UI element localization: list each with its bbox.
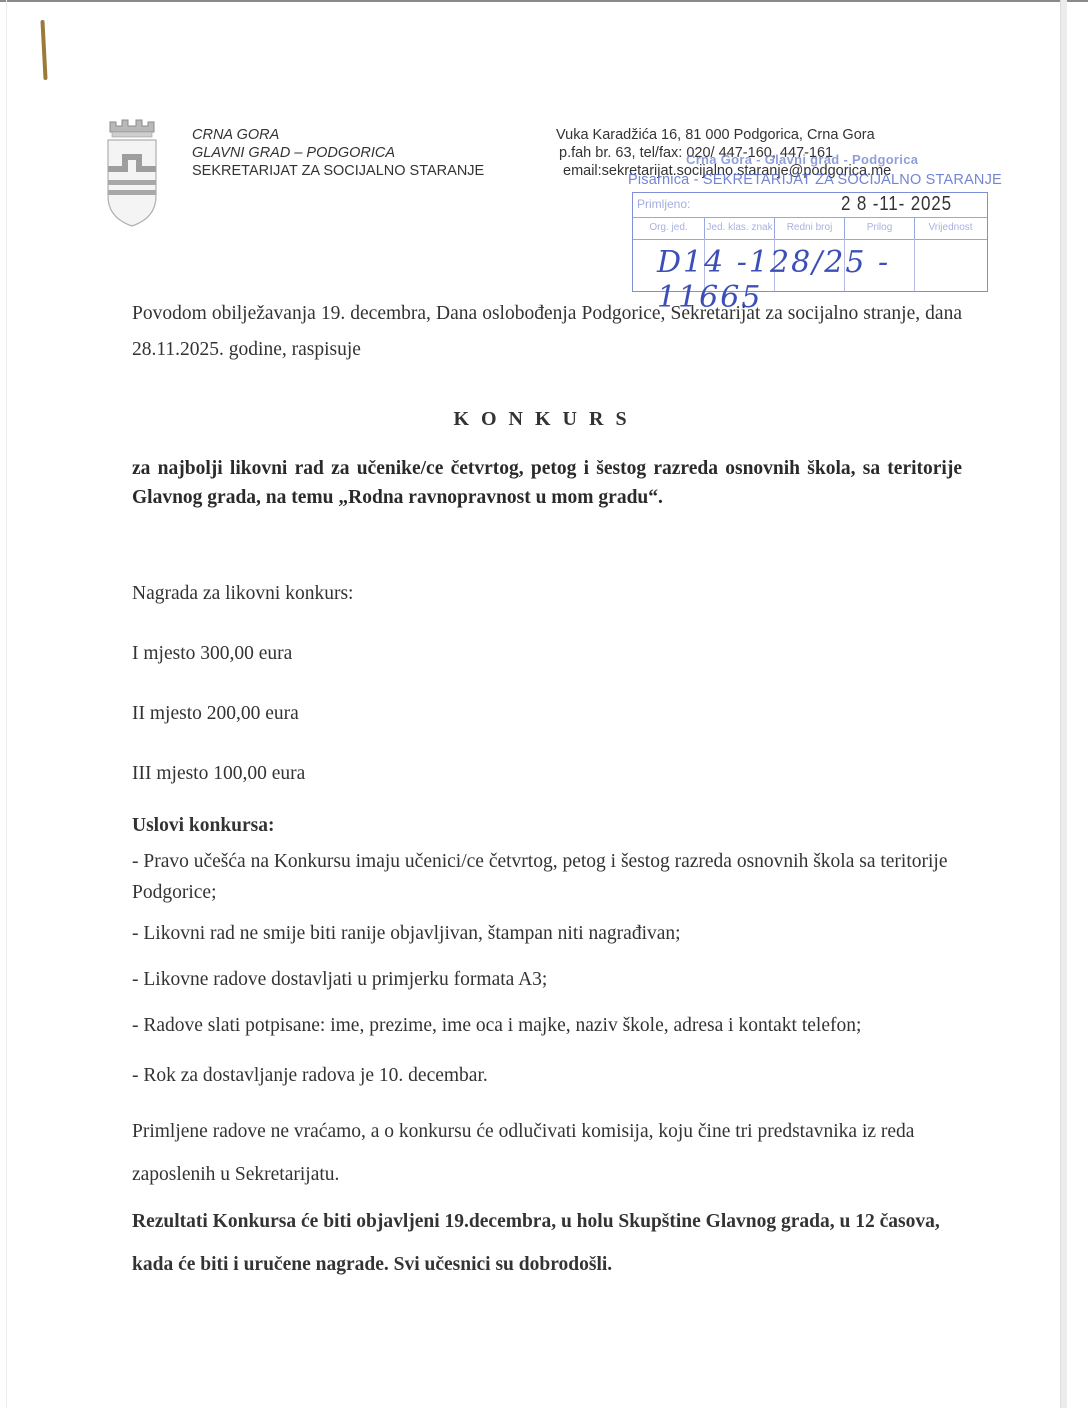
scan-edge [0, 0, 1088, 2]
stamp-title: Crna Gora - Glavni grad - Podgorica [686, 152, 918, 167]
city-name: GLAVNI GRAD – PODGORICA [192, 144, 484, 162]
prize-item: I mjesto 300,00 eura [132, 636, 292, 672]
stamp-date: 2 8 -11- 2025 [841, 193, 952, 216]
competition-subject: za najbolji likovni rad za učenike/ce če… [132, 454, 962, 512]
institution-header: CRNA GORA GLAVNI GRAD – PODGORICA SEKRET… [192, 126, 484, 180]
prize-item: III mjesto 100,00 eura [132, 756, 305, 792]
intro-paragraph: Povodom obilježavanja 19. decembra, Dana… [132, 296, 962, 368]
document-title: KONKURS [0, 408, 1088, 431]
prizes-heading: Nagrada za likovni konkurs: [132, 576, 353, 612]
stamp-column-label: Redni broj [775, 217, 845, 239]
stamp-subtitle: Pisarnica - SEKRETARIJAT ZA SOCIJALNO ST… [628, 172, 1002, 188]
country-name: CRNA GORA [192, 126, 484, 144]
condition-item: - Likovni rad ne smije biti ranije objav… [132, 916, 681, 952]
condition-item: - Likovne radove dostavljati u primjerku… [132, 962, 547, 998]
scan-edge [6, 0, 7, 1408]
stamp-received-label: Primljeno: [637, 197, 690, 211]
closing-paragraph: Primljene radove ne vraćamo, a o konkurs… [132, 1110, 972, 1196]
registry-stamp: Primljeno: 2 8 -11- 2025 Org. jed. Jed. … [632, 192, 988, 292]
condition-item: - Rok za dostavljanje radova je 10. dece… [132, 1058, 488, 1094]
condition-item: - Pravo učešća na Konkursu imaju učenici… [132, 846, 972, 908]
address: Vuka Karadžića 16, 81 000 Podgorica, Crn… [556, 126, 891, 144]
secretariat-name: SEKRETARIJAT ZA SOCIJALNO STARANJE [192, 162, 484, 180]
stamp-column-label: Jed. klas. znak [705, 217, 775, 239]
stamp-column-label: Vrijednost [915, 217, 986, 239]
stamp-received-row: Primljeno: 2 8 -11- 2025 [633, 193, 987, 218]
stamp-column-label: Org. jed. [633, 217, 705, 239]
stamp-columns: Org. jed. Jed. klas. znak Redni broj Pri… [633, 217, 987, 240]
stamp-column-label: Prilog [845, 217, 915, 239]
coat-of-arms-icon [106, 118, 158, 228]
prize-item: II mjesto 200,00 eura [132, 696, 299, 732]
conditions-heading: Uslovi konkursa: [132, 808, 275, 844]
staple-mark [40, 20, 47, 80]
results-paragraph: Rezultati Konkursa će biti objavljeni 19… [132, 1200, 972, 1286]
condition-item: - Radove slati potpisane: ime, prezime, … [132, 1008, 861, 1044]
scan-edge [1060, 0, 1067, 1408]
